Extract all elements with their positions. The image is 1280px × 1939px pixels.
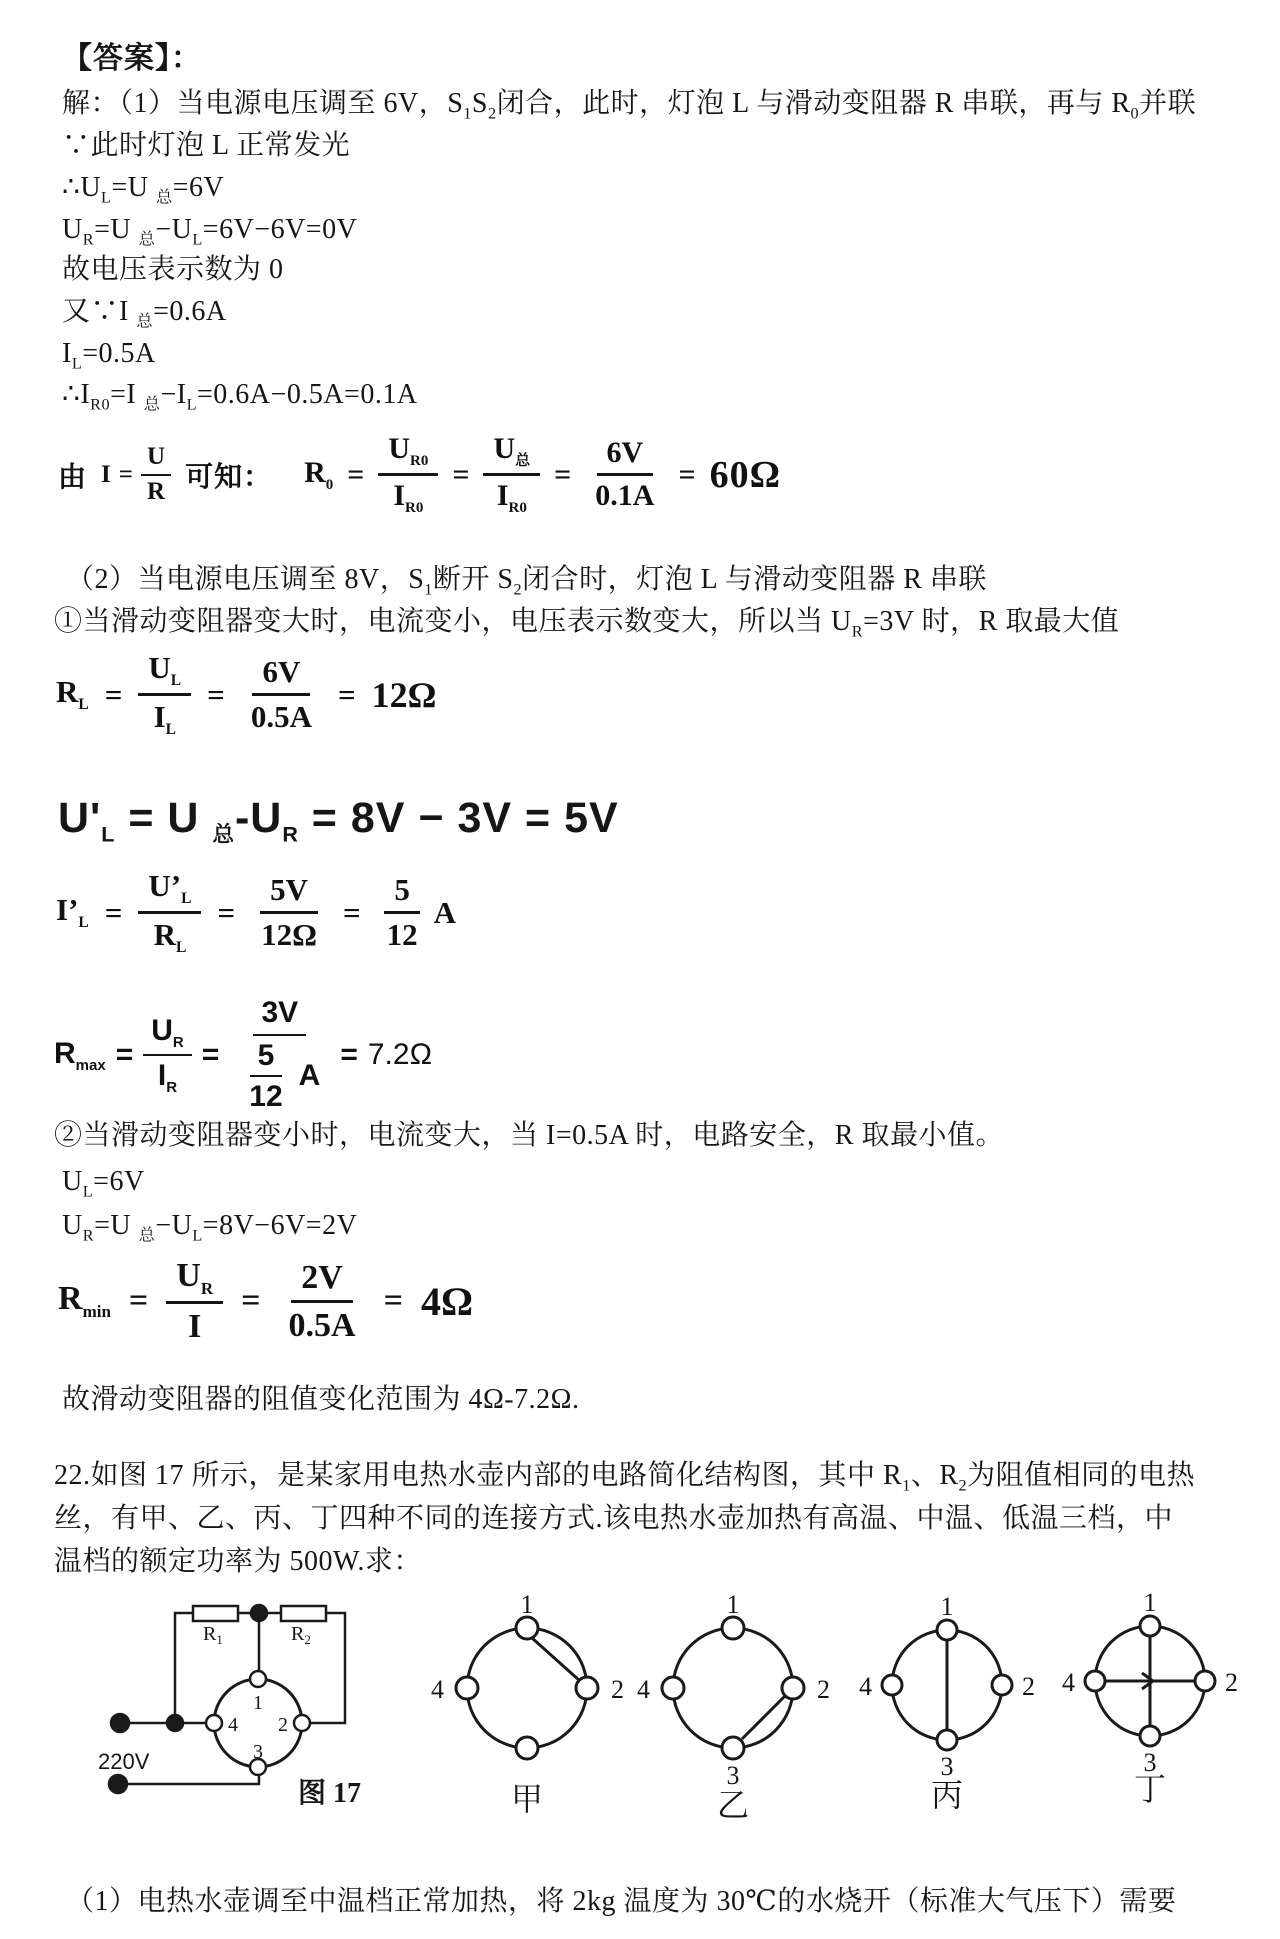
itotal-line: 又∵I 总=0.6A bbox=[62, 294, 227, 332]
bing-terminal-1: 1 bbox=[941, 1592, 954, 1621]
formula-rmax: Rmax = UR IR = 3V 5 12 A = 7.2Ω bbox=[54, 996, 432, 1115]
formula-il-prime: I’L = U’L RL = 5V 12Ω = 5 12 A bbox=[56, 868, 456, 957]
fraction-5v-12ohm: 5V 12Ω bbox=[251, 872, 327, 952]
because-line: ∵此时灯泡 L 正常发光 bbox=[62, 128, 350, 163]
rmax-symbol: Rmax bbox=[54, 1037, 106, 1074]
question-22-line-3: 温档的额定功率为 500W.求： bbox=[54, 1544, 422, 1579]
step2-line: ②当滑动变阻器变小时，电流变大，当 I=0.5A 时，电路安全，R 取最小值。 bbox=[54, 1118, 1004, 1153]
formula-suffix: 可知： bbox=[185, 455, 272, 495]
yi-terminal-2: 2 bbox=[817, 1675, 830, 1704]
ding-terminal-4: 4 bbox=[1062, 1668, 1075, 1697]
terminal-2-label: 2 bbox=[278, 1714, 288, 1736]
fraction-6v-05a: 6V 0.5A bbox=[241, 654, 322, 734]
bing-label: 丙 bbox=[931, 1777, 963, 1813]
switch-terminal-1 bbox=[250, 1671, 266, 1687]
voltmeter-zero-line: 故电压表示数为 0 bbox=[62, 252, 284, 287]
connection-2-3 bbox=[742, 1696, 785, 1739]
yi-terminal-1: 1 bbox=[727, 1590, 740, 1619]
r0-symbol: R0 bbox=[304, 456, 333, 494]
fraction-3v-nested: 3V 5 12 A bbox=[229, 996, 330, 1115]
part2-line: （2）当电源电压调至 8V，S1断开 S2闭合时，灯泡 L 与滑动变阻器 R 串… bbox=[66, 562, 987, 600]
switch-terminal-2 bbox=[294, 1715, 310, 1731]
answer-sheet-page: 【答案】： 解：（1）当电源电压调至 6V，S1S2闭合，此时，灯泡 L 与滑动… bbox=[0, 0, 1280, 1939]
ohms-law: I = UR bbox=[101, 443, 171, 507]
connection-1-2 bbox=[532, 1638, 580, 1681]
fraction-ur-ir: UR IR bbox=[143, 1014, 192, 1097]
figure-17: R1 R2 1 2 3 4 220V 图 17 bbox=[0, 1588, 1280, 1848]
formula-prefix: 由 bbox=[58, 455, 87, 495]
formula-rmin: Rmin = UR I = 2V 0.5A = 4Ω bbox=[58, 1256, 473, 1346]
switch-variant-bing: 1 2 3 4 丙 bbox=[859, 1592, 1035, 1813]
rmin-symbol: Rmin bbox=[58, 1280, 111, 1322]
ding-terminal-1: 1 bbox=[1144, 1588, 1157, 1617]
rl-result: 12Ω bbox=[372, 674, 437, 716]
figure-caption: 图 17 bbox=[298, 1777, 361, 1809]
terminal-4-label: 4 bbox=[228, 1714, 238, 1736]
rl-symbol: RL bbox=[56, 674, 89, 714]
switch-variant-ding: 1 2 3 4 丁 bbox=[1062, 1588, 1238, 1807]
question-22-line-2: 丝，有甲、乙、丙、丁四种不同的连接方式.该电热水壶加热有高温、中温、低温三档，中 bbox=[54, 1501, 1173, 1536]
range-conclusion-line: 故滑动变阻器的阻值变化范围为 4Ω-7.2Ω. bbox=[62, 1382, 579, 1417]
bing-terminal-2: 2 bbox=[1022, 1672, 1035, 1701]
yi-terminal-4: 4 bbox=[637, 1675, 650, 1704]
step1-line: ①当滑动变阻器变大时，电流变小，电压表示数变大，所以当 UR=3V 时，R 取最… bbox=[54, 604, 1119, 642]
yi-terminal-3: 3 bbox=[727, 1761, 740, 1790]
therefore-ul-line: ∴UL=U 总=6V bbox=[62, 170, 224, 208]
fraction-2v-05a: 2V 0.5A bbox=[279, 1258, 366, 1345]
ul6-line: UL=6V bbox=[62, 1164, 145, 1202]
supply-voltage-label: 220V bbox=[98, 1749, 150, 1774]
fraction-utotal-ir0: U总 IR0 bbox=[483, 432, 540, 518]
fraction-ulprime-rl: U’L RL bbox=[138, 868, 201, 957]
bing-terminal-4: 4 bbox=[859, 1672, 872, 1701]
yi-label: 乙 bbox=[717, 1787, 749, 1823]
question-22-line-1: 22.如图 17 所示，是某家用电热水壶内部的电路简化结构图，其中 R1、R2为… bbox=[54, 1458, 1195, 1496]
junction-dot-left bbox=[167, 1715, 183, 1731]
resistor-r1 bbox=[193, 1606, 238, 1621]
iro-line: ∴IR0=I 总−IL=0.6A−0.5A=0.1A bbox=[62, 377, 418, 415]
il-line: IL=0.5A bbox=[62, 336, 156, 374]
r0-result: 60Ω bbox=[710, 453, 781, 497]
formula-r0: 由 I = UR 可知： R0 = UR0 IR0 = U总 IR0 = 6V … bbox=[58, 432, 781, 518]
ur-zero-line: UR=U 总−UL=6V−6V=0V bbox=[62, 212, 357, 250]
jia-terminal-4: 4 bbox=[431, 1675, 444, 1704]
ding-label: 丁 bbox=[1134, 1771, 1166, 1807]
fraction-ur-i: UR I bbox=[166, 1256, 223, 1346]
junction-dot-top bbox=[251, 1605, 267, 1621]
fraction-6v-01a: 6V 0.1A bbox=[585, 436, 664, 514]
terminal-1-label: 1 bbox=[253, 1692, 263, 1714]
sub-question-1-line: （1）电热水壶调至中温档正常加热，将 2kg 温度为 30℃的水烧开（标准大气压… bbox=[66, 1884, 1176, 1919]
formula-rl: RL = UL IL = 6V 0.5A = 12Ω bbox=[56, 650, 436, 739]
supply-terminal-upper bbox=[111, 1714, 129, 1732]
resistor-r2 bbox=[281, 1606, 326, 1621]
formula-ul-prime: U'L = U 总-UR = 8V − 3V = 5V bbox=[58, 792, 619, 848]
il-prime-symbol: I’L bbox=[56, 892, 89, 932]
switch-terminal-4 bbox=[206, 1715, 222, 1731]
supply-terminal-lower bbox=[109, 1775, 127, 1793]
terminal-3-label: 3 bbox=[253, 1741, 263, 1763]
resistor-r1-label: R1 bbox=[203, 1623, 223, 1647]
ur2-line: UR=U 总−UL=8V−6V=2V bbox=[62, 1208, 357, 1246]
solution-line-1: 解：（1）当电源电压调至 6V，S1S2闭合，此时，灯泡 L 与滑动变阻器 R … bbox=[62, 86, 1196, 124]
rmin-result: 4Ω bbox=[421, 1278, 473, 1325]
result-5-12-a: 5 12 A bbox=[377, 872, 456, 952]
resistor-r2-label: R2 bbox=[291, 1623, 311, 1647]
jia-label: 甲 bbox=[511, 1781, 543, 1817]
jia-terminal-2: 2 bbox=[611, 1675, 624, 1704]
jia-terminal-1: 1 bbox=[521, 1590, 534, 1619]
kettle-circuit-diagram: R1 R2 1 2 3 4 220V 图 17 bbox=[98, 1605, 361, 1809]
fraction-ur0-ir0: UR0 IR0 bbox=[378, 432, 438, 518]
answer-heading: 【答案】： bbox=[62, 40, 202, 78]
switch-variant-yi: 1 2 3 4 乙 bbox=[637, 1590, 830, 1823]
fraction-ul-il: UL IL bbox=[138, 650, 191, 739]
switch-variant-jia: 1 2 4 甲 bbox=[431, 1590, 624, 1817]
rmax-result: 7.2Ω bbox=[368, 1038, 432, 1072]
ding-terminal-2: 2 bbox=[1225, 1668, 1238, 1697]
